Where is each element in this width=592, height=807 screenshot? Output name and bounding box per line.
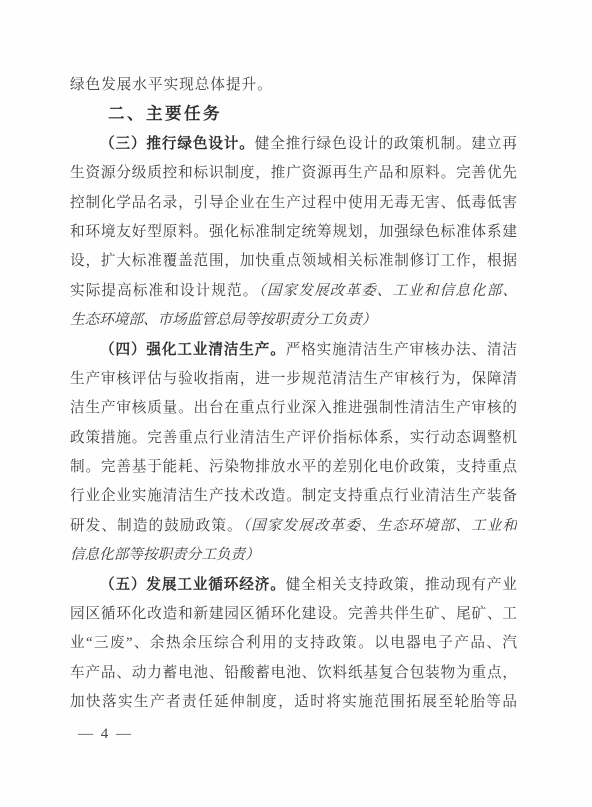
- para-clean-production-line: （四）强化工业清洁生产。严格实施清洁生产审核办法、清洁: [70, 336, 517, 365]
- para-green-design-line: 生资源分级质控和标识制度，推广资源再生产品和原料。完善优先: [70, 159, 517, 188]
- item-title: （四）强化工业清洁生产。: [100, 342, 286, 358]
- para-clean-production-line: 研发、制造的鼓励政策。（国家发展改革委、生态环境部、工业和: [70, 512, 517, 541]
- para-green-design-line: 生态环境部、市场监管总局等按职责分工负责）: [70, 306, 517, 335]
- para-circular-economy-line: 加快落实生产者责任延伸制度，适时将实施范围拓展至轮胎等品: [70, 688, 517, 717]
- body-text: 研发、制造的鼓励政策。: [70, 518, 243, 534]
- body-text: 实际提高标准和设计规范。: [70, 283, 258, 299]
- body-text: 严格实施清洁生产审核办法、清洁: [286, 342, 517, 358]
- para-circular-economy-line: （五）发展工业循环经济。健全相关支持政策，推动现有产业: [70, 571, 517, 600]
- body-text: 健全相关支持政策，推动现有产业: [286, 577, 517, 593]
- para-green-design-line: 控制化学品名录，引导企业在生产过程中使用无毒无害、低毒低害: [70, 189, 517, 218]
- para-green-design-line: 设，扩大标准覆盖范围，加快重点领域相关标准制修订工作，根据: [70, 247, 517, 276]
- para-clean-production-line: 生产审核评估与验收指南，进一步规范清洁生产审核行为，保障清: [70, 365, 517, 394]
- para-green-design-line: （三）推行绿色设计。健全推行绿色设计的政策机制。建立再: [70, 130, 517, 159]
- para-clean-production-line: 行业企业实施清洁生产技术改造。制定支持重点行业清洁生产装备: [70, 482, 517, 511]
- section-heading: 二、主要任务: [70, 100, 517, 129]
- para-clean-production-line: 信息化部等按职责分工负责）: [70, 541, 517, 570]
- para-clean-production-line: 制。完善基于能耗、污染物排放水平的差别化电价政策，支持重点: [70, 453, 517, 482]
- continuation-line: 绿色发展水平实现总体提升。: [70, 71, 517, 100]
- responsibility-attribution: （国家发展改革委、工业和信息化部、: [258, 283, 517, 299]
- page-number: — 4 —: [70, 720, 517, 749]
- body-text: 健全推行绿色设计的政策机制。建立再: [255, 136, 517, 152]
- para-clean-production-line: 洁生产审核质量。出台在重点行业深入推进强制性清洁生产审核的: [70, 394, 517, 423]
- para-green-design-line: 和环境友好型原料。强化标准制定统筹规划，加强绿色标准体系建: [70, 218, 517, 247]
- responsibility-attribution: 信息化部等按职责分工负责）: [70, 547, 260, 563]
- para-green-design-line: 实际提高标准和设计规范。（国家发展改革委、工业和信息化部、: [70, 277, 517, 306]
- responsibility-attribution: （国家发展改革委、生态环境部、工业和: [243, 518, 517, 534]
- responsibility-attribution: 生态环境部、市场监管总局等按职责分工负责）: [70, 312, 376, 328]
- item-title: （五）发展工业循环经济。: [100, 577, 286, 593]
- para-circular-economy-line: 业“三废”、余热余压综合利用的支持政策。以电器电子产品、汽: [70, 629, 517, 658]
- document-page: 绿色发展水平实现总体提升。 二、主要任务 （三）推行绿色设计。健全推行绿色设计的…: [0, 0, 592, 807]
- item-title: （三）推行绿色设计。: [100, 136, 255, 152]
- para-clean-production-line: 政策措施。完善重点行业清洁生产评价指标体系，实行动态调整机: [70, 424, 517, 453]
- para-circular-economy-line: 车产品、动力蓄电池、铅酸蓄电池、饮料纸基复合包装物为重点，: [70, 659, 517, 688]
- para-circular-economy-line: 园区循环化改造和新建园区循环化建设。完善共伴生矿、尾矿、工: [70, 600, 517, 629]
